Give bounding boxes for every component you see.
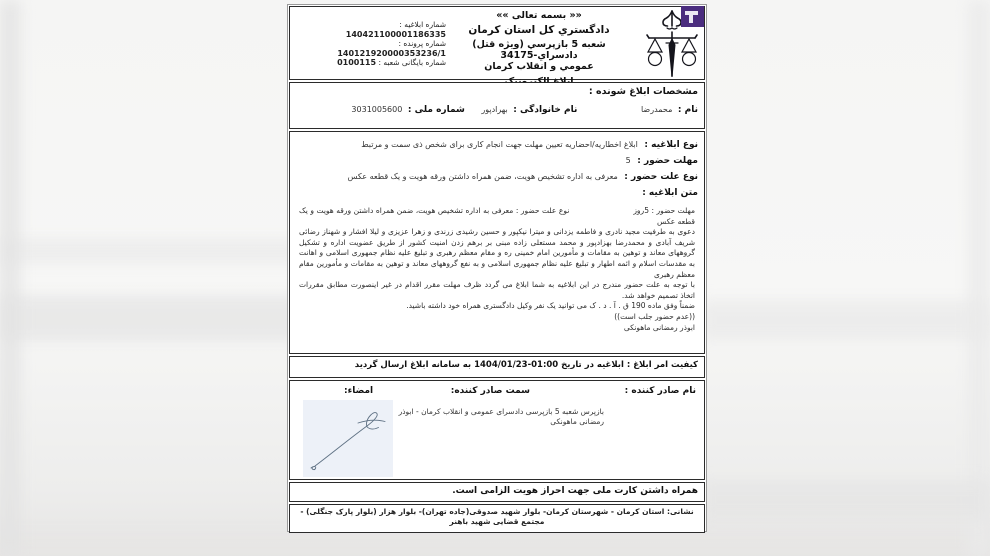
bismillah-line: «« بسمه تعالی »»	[442, 10, 636, 21]
notice-no-value: 140421100001186335	[298, 30, 446, 40]
header-titles: «« بسمه تعالی »» دادگستري کل استان کرمان…	[442, 10, 636, 87]
delivery-quality-section: کیفیت امر ابلاغ : ابلاغیه در تاریخ 1404/…	[289, 356, 705, 378]
sana-corner-logo-icon	[681, 6, 704, 27]
org-title: دادگستري کل استان کرمان	[442, 24, 636, 36]
background-blur-band	[0, 0, 20, 556]
notice-body-text: مهلت حضور : 5روزنوع علت حضور : معرفی به …	[299, 206, 695, 333]
issuer-name-label: نام صادر کننده :	[625, 386, 696, 396]
body-paragraph-5: ابوذر رمضانی ماهونکی	[299, 323, 695, 334]
recipient-section: مشخصات ابلاغ شونده : نام : محمدرضا نام خ…	[289, 82, 705, 129]
deadline-row: مهلت حضور : 5	[290, 156, 704, 166]
reason-row: نوع علت حضور : معرفی به اداره تشخیص هویت…	[290, 172, 704, 182]
body-paragraph-2: با توجه به علت حضور مندرج در این ابلاغیه…	[299, 280, 695, 301]
notice-no-label: شماره ابلاغیه :	[399, 20, 446, 29]
address-line: نشانی: استان کرمان - شهرستان کرمان- بلوا…	[294, 507, 700, 527]
issuer-position-label: سمت صادر کننده:	[451, 386, 530, 396]
quality-text-before: ابلاغیه در تاریخ	[561, 360, 624, 370]
deadline-label: مهلت حضور :	[637, 156, 698, 166]
body-paragraph-4: ((عدم حضور جلب است))	[299, 312, 695, 323]
family-value: بهرادپور	[481, 105, 507, 114]
address-label: نشانی:	[667, 507, 694, 516]
signature-image	[303, 400, 393, 477]
background-blur-band	[700, 480, 990, 520]
body-paragraph-1: دعوی به طرفیت مجید نادری و فاطمه یزدانی …	[299, 227, 695, 280]
body-intro-deadline: مهلت حضور : 5روز	[633, 206, 695, 215]
reason-label: نوع علت حضور :	[624, 172, 698, 182]
background-blur-band	[0, 238, 300, 264]
issuer-section: نام صادر کننده : سمت صادر کننده: امضاء: …	[289, 380, 705, 480]
signature-label: امضاء:	[344, 386, 373, 396]
name-label: نام :	[678, 105, 698, 115]
delivery-quality-line: کیفیت امر ابلاغ : ابلاغیه در تاریخ 1404/…	[296, 360, 698, 370]
notice-type-row: نوع ابلاغیه : ابلاغ اخطاریه/احضاریه تعیی…	[290, 140, 704, 150]
recipient-name-field: نام : محمدرضا	[577, 105, 698, 115]
branch-title-line2: عمومي و انقلاب کرمان	[442, 61, 636, 72]
recipient-national-id-field: شماره ملی : 3031005600	[296, 105, 465, 115]
header-section: «« بسمه تعالی »» دادگستري کل استان کرمان…	[289, 6, 705, 80]
id-card-notice-section: همراه داشتن کارت ملی جهت احراز هویت الزا…	[289, 482, 705, 502]
recipient-section-title: مشخصات ابلاغ شونده :	[296, 86, 698, 97]
background-blur-band	[700, 300, 990, 340]
address-section: نشانی: استان کرمان - شهرستان کرمان- بلوا…	[289, 504, 705, 533]
branch-code: 34175-	[500, 50, 537, 61]
name-value: محمدرضا	[641, 105, 672, 114]
id-card-notice-text: همراه داشتن کارت ملی جهت احراز هویت الزا…	[296, 486, 698, 496]
case-no-label: شماره پرونده :	[398, 39, 446, 48]
notice-type-label: نوع ابلاغیه :	[644, 140, 698, 150]
national-id-label: شماره ملی :	[408, 105, 465, 115]
family-label: نام خانوادگی :	[513, 105, 577, 115]
archive-no-label: شماره بایگانی شعبه :	[378, 58, 446, 67]
background-blur-band	[0, 295, 300, 341]
header-numbers: شماره ابلاغیه : 140421100001186335 شماره…	[298, 20, 446, 68]
notice-body-section: نوع ابلاغیه : ابلاغ اخطاریه/احضاریه تعیی…	[289, 131, 705, 354]
background-blur-band	[968, 0, 990, 556]
address-value: استان کرمان - شهرستان کرمان- بلوار شهید …	[300, 507, 664, 526]
national-id-value: 3031005600	[351, 105, 402, 114]
archive-no-value: 0100115	[337, 58, 376, 67]
quality-datetime: 1404/01/23-01:00	[474, 360, 558, 370]
deadline-value: 5	[626, 156, 631, 165]
case-no-value: 140121920000353236/1	[298, 49, 446, 59]
reason-value: معرفی به اداره تشخیص هویت، ضمن همراه داش…	[348, 172, 618, 181]
background-blur-band	[0, 532, 990, 556]
body-label-row: متن ابلاغیه :	[290, 188, 704, 198]
branch-title-line1: شعبه 5 بازپرسي (ویژه قتل) دادسراي34175-	[442, 39, 636, 61]
branch-title-text: شعبه 5 بازپرسي (ویژه قتل) دادسراي	[472, 39, 606, 61]
quality-label: کیفیت امر ابلاغ :	[627, 360, 698, 370]
issuer-position-value: بازپرس شعبه 5 بازپرسی دادسرای عمومی و ان…	[392, 407, 604, 427]
notice-document-page: «« بسمه تعالی »» دادگستري کل استان کرمان…	[287, 4, 707, 532]
recipient-fields-row: نام : محمدرضا نام خانوادگی : بهرادپور شم…	[296, 105, 698, 115]
body-paragraph-3: ضمناً وفق ماده 190 ق . آ . د . ک می توان…	[299, 301, 695, 312]
notice-type-value: ابلاغ اخطاریه/احضاریه تعیین مهلت جهت انج…	[361, 140, 638, 149]
body-intro-line: مهلت حضور : 5روزنوع علت حضور : معرفی به …	[299, 206, 695, 227]
body-label: متن ابلاغیه :	[642, 188, 698, 198]
recipient-family-field: نام خانوادگی : بهرادپور	[465, 105, 578, 115]
quality-text-after: به سامانه ابلاغ ارسال گردید	[355, 360, 471, 370]
